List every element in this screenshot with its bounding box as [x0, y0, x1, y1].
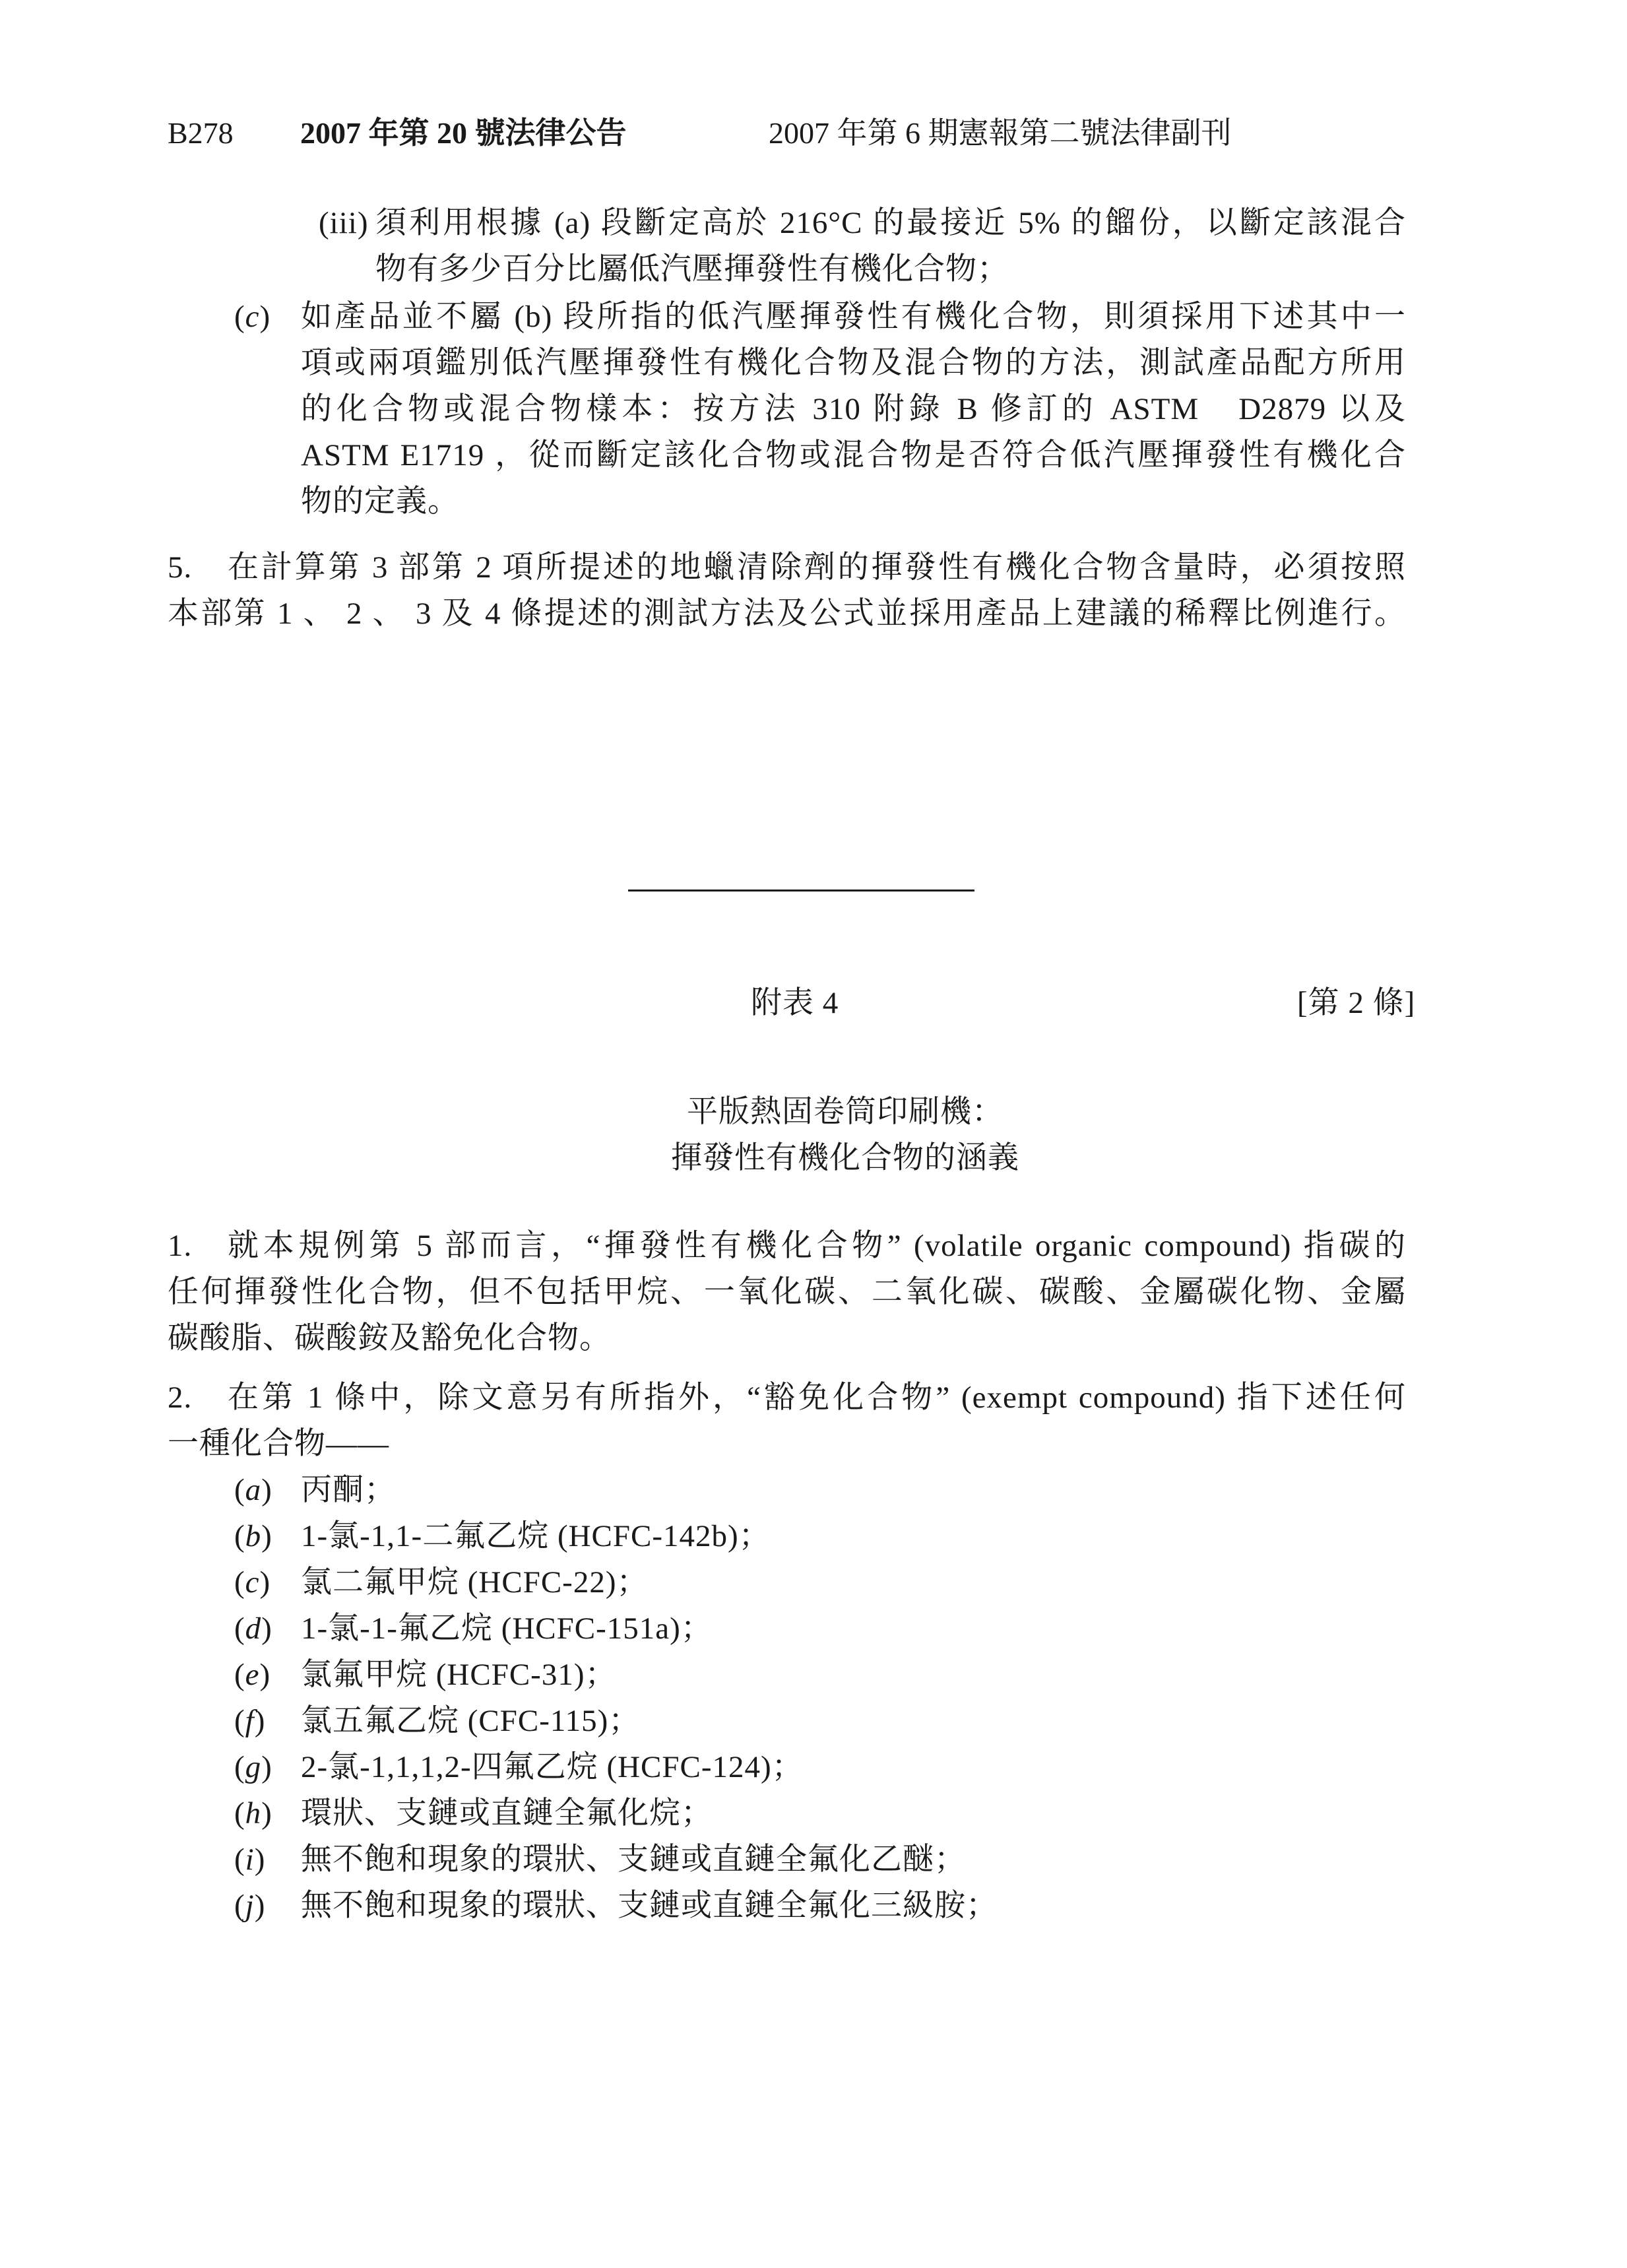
clause-2-line-1: 在第 1 條中，除文意另有所指外，“豁免化合物” (exempt compoun…	[228, 1378, 1406, 1417]
section-c-marker: (c)	[234, 297, 271, 337]
item-g-text: 2-氯-1,1,1,2-四氟乙烷 (HCFC-124)；	[301, 1747, 804, 1787]
schedule-heading-line-2: 揮發性有機化合物的涵義	[0, 1138, 1627, 1178]
schedule-heading-line-1: 平版熱固卷筒印刷機：	[0, 1092, 1627, 1132]
schedule-title: 附表 4	[751, 983, 839, 1023]
item-g-marker: (g)	[234, 1747, 272, 1787]
section-c-line-4: ASTM E1719 ，從而斷定該化合物或混合物是否符合低汽壓揮發性有機化合	[301, 436, 1406, 475]
item-j-text: 無不飽和現象的環狀、支鏈或直鏈全氟化三級胺；	[301, 1886, 998, 1926]
item-c-text: 氯二氟甲烷 (HCFC-22)；	[301, 1563, 648, 1602]
section-divider	[628, 890, 974, 891]
item-b-marker: (b)	[234, 1516, 272, 1556]
item-i-text: 無不飽和現象的環狀、支鏈或直鏈全氟化乙醚；	[301, 1840, 966, 1879]
item-d-marker: (d)	[234, 1609, 272, 1648]
clause-2-line-2: 一種化合物——	[168, 1424, 389, 1464]
section-iii-line-1: 須利用根據 (a) 段斷定高於 216°C 的最接近 5% 的餾份，以斷定該混合	[375, 203, 1406, 243]
clause-1-number: 1.	[168, 1226, 192, 1266]
section-c-line-1: 如產品並不屬 (b) 段所指的低汽壓揮發性有機化合物，則須採用下述其中一	[301, 297, 1406, 337]
clause-1-line-3: 碳酸脂、碳酸銨及豁免化合物。	[168, 1318, 611, 1358]
section-iii-marker: (iii)	[319, 203, 368, 243]
page-number: B278	[168, 113, 234, 153]
section-iii-line-2: 物有多少百分比屬低汽壓揮發性有機化合物；	[375, 249, 1009, 289]
para-5-line-2: 本部第 1 、 2 、 3 及 4 條提述的測試方法及公式並採用產品上建議的稀釋…	[168, 594, 1406, 633]
para-5-number: 5.	[168, 548, 192, 587]
clause-2-number: 2.	[168, 1378, 192, 1417]
item-h-marker: (h)	[234, 1794, 272, 1833]
gazette-title: 2007 年第 20 號法律公告	[300, 113, 627, 153]
item-c-marker: (c)	[234, 1563, 271, 1602]
item-e-text: 氯氟甲烷 (HCFC-31)；	[301, 1655, 616, 1695]
item-f-marker: (f)	[234, 1701, 265, 1741]
item-h-text: 環狀、支鏈或直鏈全氟化烷；	[301, 1794, 713, 1833]
para-5-line-1: 在計算第 3 部第 2 項所提述的地蠟清除劑的揮發性有機化合物含量時，必須按照	[228, 548, 1406, 587]
item-d-text: 1-氯-1-氟乙烷 (HCFC-151a)；	[301, 1609, 713, 1648]
item-b-text: 1-氯-1,1-二氟乙烷 (HCFC-142b)；	[301, 1516, 771, 1556]
section-c-line-5: 物的定義。	[301, 482, 459, 521]
clause-1-line-1: 就本規例第 5 部而言，“揮發性有機化合物” (volatile organic…	[228, 1226, 1406, 1266]
item-a-text: 丙酮；	[301, 1470, 396, 1510]
item-a-marker: (a)	[234, 1470, 272, 1510]
schedule-section-ref: [第 2 條]	[1297, 983, 1415, 1023]
supplement-title: 2007 年第 6 期憲報第二號法律副刊	[769, 113, 1232, 153]
clause-1-line-2: 任何揮發性化合物，但不包括甲烷、一氧化碳、二氧化碳、碳酸、金屬碳化物、金屬	[168, 1272, 1406, 1312]
section-c-line-3: 的化合物或混合物樣本：按方法 310 附錄 B 修訂的 ASTM D2879 以…	[301, 389, 1406, 429]
item-e-marker: (e)	[234, 1655, 271, 1695]
item-i-marker: (i)	[234, 1840, 265, 1879]
section-c-line-2: 項或兩項鑑別低汽壓揮發性有機化合物及混合物的方法，測試產品配方所用	[301, 343, 1406, 383]
item-j-marker: (j)	[234, 1886, 265, 1926]
item-f-text: 氯五氟乙烷 (CFC-115)；	[301, 1701, 640, 1741]
